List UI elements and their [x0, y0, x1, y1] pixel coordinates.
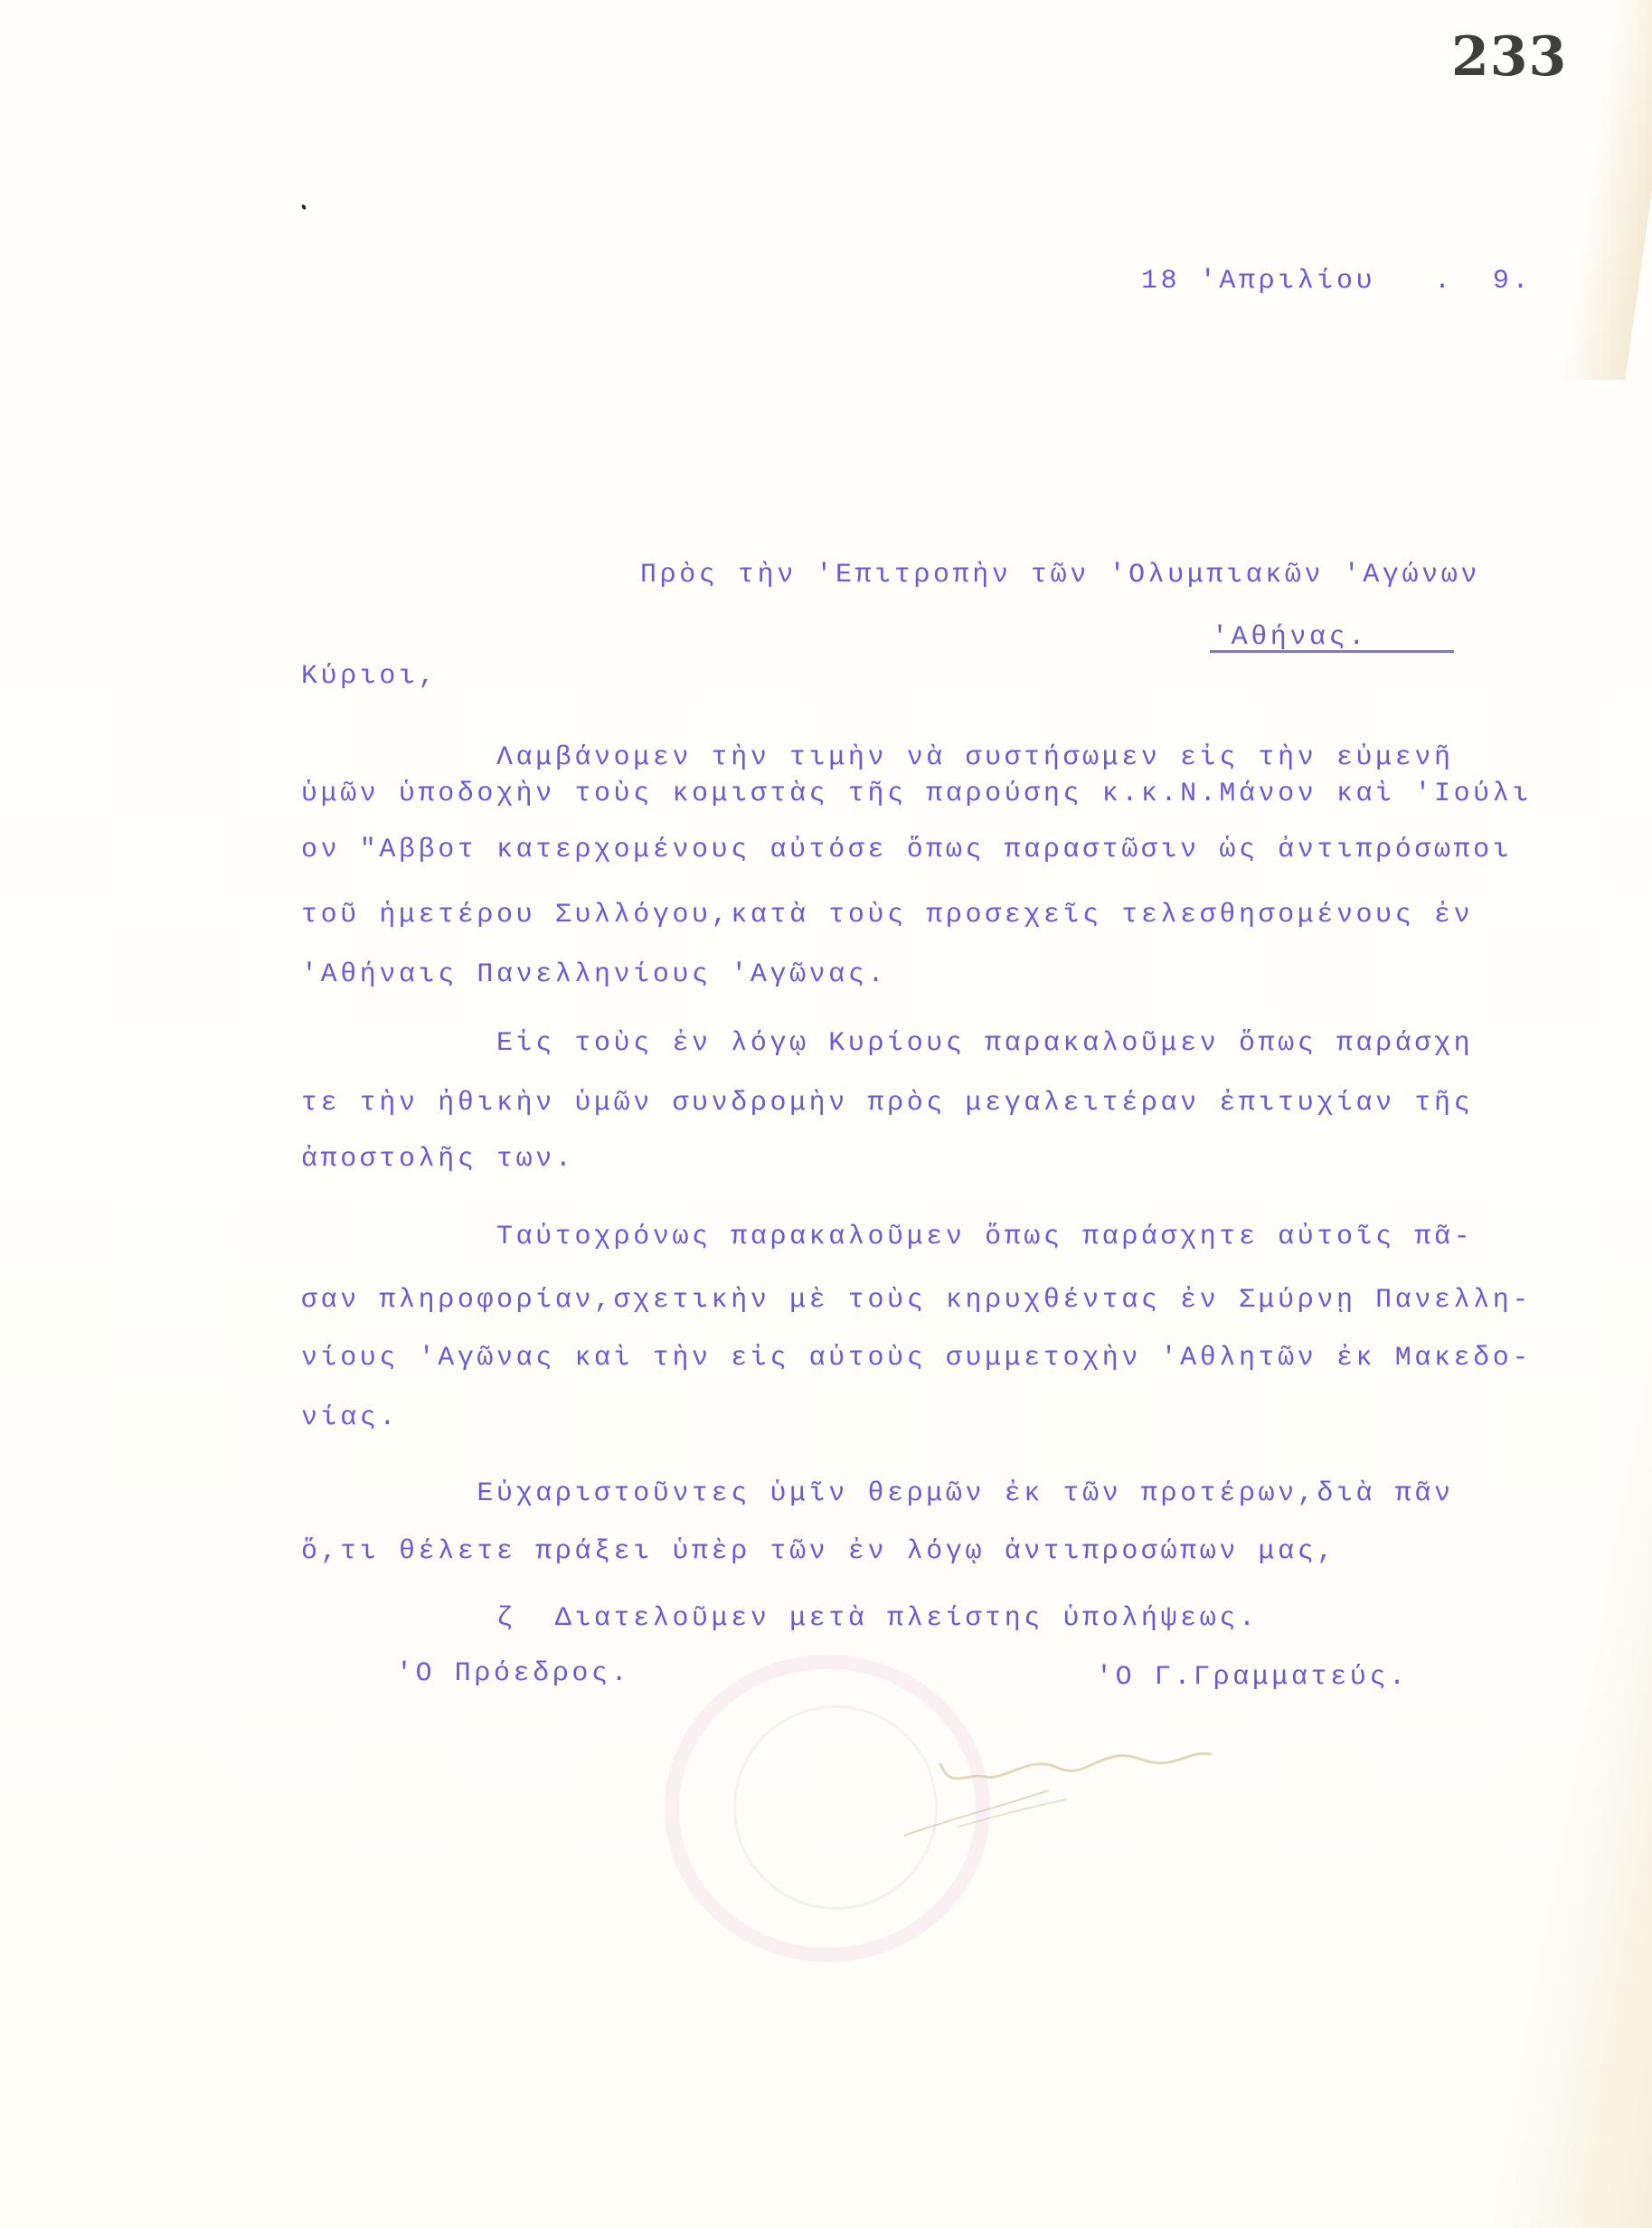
salutation: Κύριοι,: [301, 663, 438, 690]
body-line: ὑμῶν ὑποδοχὴν τοὺς κομιστὰς τῆς παρούσης…: [301, 780, 1532, 807]
body-line: νίας.: [301, 1404, 399, 1431]
body-line: 'Αθήναις Πανελληνίους 'Αγῶνας.: [301, 961, 887, 988]
body-line: τοῦ ἡμετέρου Συλλόγου,κατὰ τοὺς προσεχεῖ…: [301, 902, 1473, 929]
recipient-line-2: 'Αθήνας.: [1212, 624, 1368, 651]
body-line: Εὐχαριστοῦντες ὑμῖν θερμῶν ἐκ τῶν προτέρ…: [301, 1480, 1454, 1507]
page-number: 233: [1451, 25, 1567, 89]
body-line: σαν πληροφορίαν,σχετικὴν μὲ τοὺς κηρυχθέ…: [301, 1287, 1532, 1314]
letter-date: 18 'Απριλίου . 9.: [1141, 268, 1532, 295]
handwritten-signature-icon: [886, 1736, 1284, 1845]
body-line: ὅ,τι θέλετε πράξει ὑπὲρ τῶν ἐν λόγῳ ἀντι…: [301, 1538, 1336, 1565]
body-line: Ταὐτοχρόνως παρακαλοῦμεν ὅπως παράσχητε …: [301, 1223, 1473, 1251]
body-line: Εἰς τοὺς ἐν λόγῳ Κυρίους παρακαλοῦμεν ὅπ…: [301, 1030, 1473, 1057]
body-line: ἀποστολῆς των.: [301, 1146, 574, 1173]
paper-edge-stain: [1562, 0, 1652, 380]
signature-president: 'Ο Πρόεδρος.: [396, 1660, 630, 1687]
recipient-line-1: Πρὸς τὴν 'Επιτροπὴν τῶν 'Ολυμπιακῶν 'Αγώ…: [640, 562, 1480, 589]
body-line: Λαμβάνομεν τὴν τιμὴν νὰ συστήσωμεν εἰς τ…: [301, 744, 1454, 771]
ink-speck: [301, 203, 307, 210]
document-page: 233 18 'Απριλίου . 9. Πρὸς τὴν 'Επιτροπὴ…: [0, 0, 1652, 2228]
body-line: τε τὴν ἠθικὴν ὑμῶν συνδρομὴν πρὸς μεγαλε…: [301, 1090, 1473, 1117]
body-line: νίους 'Αγῶνας καὶ τὴν εἰς αὐτοὺς συμμετο…: [301, 1345, 1532, 1372]
body-line: ζ Διατελοῦμεν μετὰ πλείστης ὑπολήψεως.: [301, 1605, 1259, 1632]
body-line: ον "Αββοτ κατερχομένους αὐτόσε ὅπως παρα…: [301, 836, 1512, 864]
recipient-underline: [1210, 650, 1454, 653]
signature-secretary: 'Ο Γ.Γραμματεύς.: [1096, 1664, 1409, 1691]
